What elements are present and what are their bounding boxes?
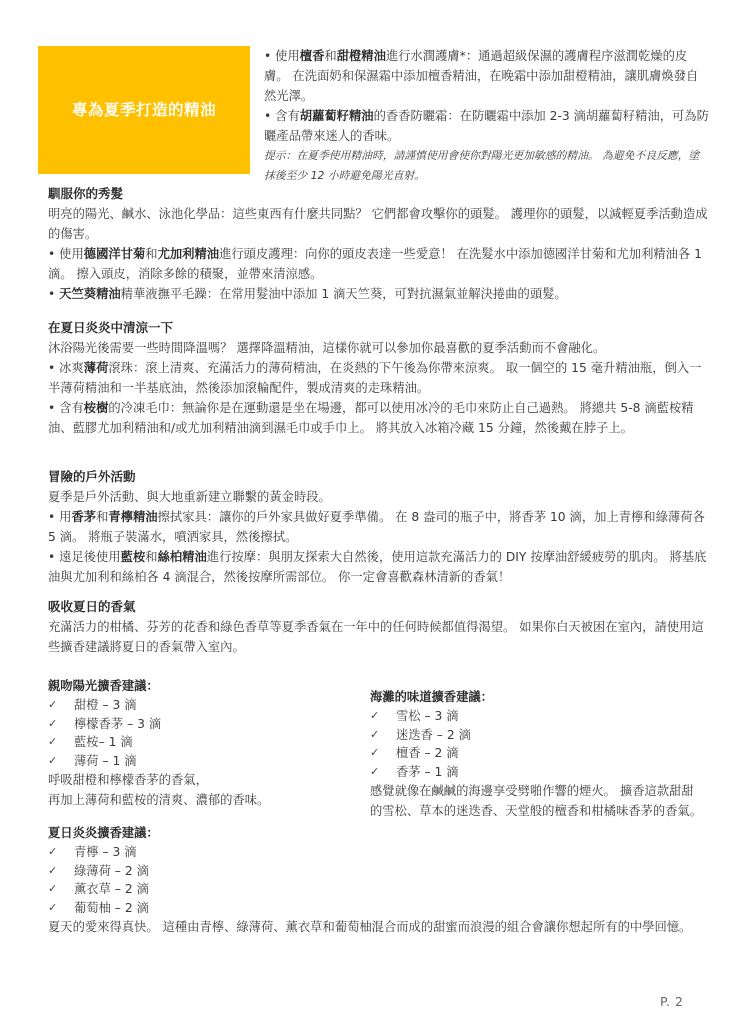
blend-item: ✓藍桉– 1 滴: [48, 733, 358, 752]
blend-title: 親吻陽光擴香建議：: [48, 676, 358, 696]
check-icon: ✓: [370, 707, 396, 726]
oil-name: 香茅: [71, 510, 96, 524]
blend-item-text: 香茅 – 1 滴: [396, 763, 459, 782]
section-outdoors: 冒險的戶外活動 夏季是戶外活動、與大地重新建立聯繫的黃金時段。 • 用香茅和青檸…: [48, 467, 708, 587]
bullet-prefix: • 含有: [48, 401, 84, 415]
blend-item-text: 青檸 – 3 滴: [74, 843, 137, 862]
oil-name: 檀香: [300, 49, 325, 63]
section-title: 在夏日炎炎中清涼一下: [48, 318, 708, 338]
bullet-prefix: • 用: [48, 510, 71, 524]
blend-item: ✓薰衣草 – 2 滴: [48, 880, 708, 899]
connector: 和: [96, 510, 108, 524]
check-icon: ✓: [48, 880, 74, 899]
intro-bullet-2: • 含有胡蘿蔔籽精油的香香防曬霜：在防曬霜中添加 2-3 滴胡蘿蔔籽精油，可為防…: [264, 106, 709, 146]
blend-description-line: 呼吸甜橙和檸檬香茅的香氣，: [48, 770, 358, 790]
section-bullet: • 用香茅和青檸精油擦拭家具：讓你的戶外家具做好夏季準備。 在 8 盎司的瓶子中…: [48, 507, 708, 547]
check-icon: ✓: [370, 763, 396, 782]
bullet-prefix: • 遠足後使用: [48, 550, 121, 564]
oil-name: 德國洋甘菊: [84, 247, 146, 261]
section-scents: 吸收夏日的香氣 充滿活力的柑橘、芬芳的花香和綠色香草等夏季香氣在一年中的任何時候…: [48, 597, 708, 657]
section-bullet: • 遠足後使用藍桉和絲柏精油進行按摩：與朋友探索大自然後，使用這款充滿活力的 D…: [48, 547, 708, 587]
blend-item: ✓葡萄柚 – 2 滴: [48, 899, 708, 918]
blend-item: ✓香茅 – 1 滴: [370, 763, 705, 782]
skin-care-intro: • 使用檀香和甜橙精油進行水潤護膚*：通過超級保濕的護膚程序滋潤乾燥的皮膚。 在…: [264, 46, 709, 186]
oil-name: 薄荷: [84, 361, 109, 375]
bullet-text: 的冷凍毛巾：無論你是在運動還是坐在場邊，都可以使用冰冷的毛巾來防止自己過熱。 將…: [48, 401, 694, 435]
check-icon: ✓: [48, 862, 74, 881]
check-icon: ✓: [48, 715, 74, 734]
blend-item: ✓檸檬香茅 – 3 滴: [48, 715, 358, 734]
oil-name: 青檸精油: [108, 510, 157, 524]
intro-bullet-1: • 使用檀香和甜橙精油進行水潤護膚*：通過超級保濕的護膚程序滋潤乾燥的皮膚。 在…: [264, 46, 709, 106]
oil-name: 胡蘿蔔籽精油: [300, 109, 374, 123]
section-title: 冒險的戶外活動: [48, 467, 708, 487]
blend-item-text: 葡萄柚 – 2 滴: [74, 899, 149, 918]
title-banner: 專為夏季打造的精油: [38, 46, 250, 174]
oil-name: 絲柏精油: [158, 550, 207, 564]
blend-item-text: 綠薄荷 – 2 滴: [74, 862, 149, 881]
connector: 和: [145, 550, 157, 564]
blend-item: ✓綠薄荷 – 2 滴: [48, 862, 708, 881]
section-title: 馴服你的秀髮: [48, 184, 708, 204]
oil-name: 桉樹: [84, 401, 109, 415]
blend-item-text: 藍桉– 1 滴: [74, 733, 133, 752]
tip-note: 提示：在夏季使用精油時，請謹慎使用會使你對陽光更加敏感的精油。 為避免不良反應，…: [264, 146, 709, 186]
blend-item-text: 迷迭香 – 2 滴: [396, 726, 471, 745]
blend-item: ✓甜橙 – 3 滴: [48, 696, 358, 715]
oil-name: 天竺葵精油: [59, 287, 121, 301]
check-icon: ✓: [48, 899, 74, 918]
blend-item-text: 甜橙 – 3 滴: [74, 696, 137, 715]
check-icon: ✓: [48, 752, 74, 771]
blend-title: 夏日炎炎擴香建議：: [48, 823, 708, 843]
section-intro: 充滿活力的柑橘、芬芳的花香和綠色香草等夏季香氣在一年中的任何時候都值得渴望。 如…: [48, 617, 708, 657]
section-bullet: • 使用德國洋甘菊和尤加利精油進行頭皮護理：向你的頭皮表達一些愛意！ 在洗髮水中…: [48, 244, 708, 284]
blend-description: 感覺就像在鹹鹹的海邊享受劈啪作響的煙火。 擴香這款甜甜的雪松、草本的迷迭香、天堂…: [370, 781, 705, 821]
blend-item: ✓青檸 – 3 滴: [48, 843, 708, 862]
bullet-prefix: •: [48, 287, 59, 301]
section-intro: 沐浴陽光後需要一些時間降溫嗎？ 選擇降溫精油，這樣你就可以參加你最喜歡的夏季活動…: [48, 338, 708, 358]
blend-beach: 海灘的味道擴香建議： ✓雪松 – 3 滴 ✓迷迭香 – 2 滴 ✓檀香 – 2 …: [370, 687, 705, 821]
blend-item-text: 薰衣草 – 2 滴: [74, 880, 149, 899]
check-icon: ✓: [48, 733, 74, 752]
section-bullet: • 含有桉樹的冷凍毛巾：無論你是在運動還是坐在場邊，都可以使用冰冷的毛巾來防止自…: [48, 398, 708, 438]
check-icon: ✓: [370, 726, 396, 745]
section-intro: 明亮的陽光、鹹水、泳池化學品：這些東西有什麼共同點？ 它們都會攻擊你的頭髮。 護…: [48, 204, 708, 244]
oil-name: 尤加利精油: [158, 247, 220, 261]
blend-item-text: 薄荷 – 1 滴: [74, 752, 137, 771]
section-bullet: • 冰爽薄荷滾珠：滾上清爽、充滿活力的薄荷精油，在炎熱的下午後為你帶來涼爽。 取…: [48, 358, 708, 398]
blend-item: ✓檀香 – 2 滴: [370, 744, 705, 763]
blend-title: 海灘的味道擴香建議：: [370, 687, 705, 707]
blend-item: ✓薄荷 – 1 滴: [48, 752, 358, 771]
blend-sun-kissed: 親吻陽光擴香建議： ✓甜橙 – 3 滴 ✓檸檬香茅 – 3 滴 ✓藍桉– 1 滴…: [48, 676, 358, 810]
section-intro: 夏季是戶外活動、與大地重新建立聯繫的黃金時段。: [48, 487, 708, 507]
check-icon: ✓: [370, 744, 396, 763]
bullet-prefix: • 冰爽: [48, 361, 84, 375]
check-icon: ✓: [48, 843, 74, 862]
blend-item-text: 檸檬香茅 – 3 滴: [74, 715, 161, 734]
section-bullet: • 天竺葵精油精華液撫平毛躁：在常用髮油中添加 1 滴天竺葵，可對抗濕氣並解決捲…: [48, 284, 708, 304]
blend-summer-heat: 夏日炎炎擴香建議： ✓青檸 – 3 滴 ✓綠薄荷 – 2 滴 ✓薰衣草 – 2 …: [48, 823, 708, 937]
blend-item-text: 雪松 – 3 滴: [396, 707, 459, 726]
bullet-prefix: • 使用: [48, 247, 84, 261]
section-title: 吸收夏日的香氣: [48, 597, 708, 617]
check-icon: ✓: [48, 696, 74, 715]
blend-item: ✓雪松 – 3 滴: [370, 707, 705, 726]
connector: 和: [145, 247, 157, 261]
blend-description-line: 再加上薄荷和藍桉的清爽、濃郁的香味。: [48, 790, 358, 810]
oil-name: 甜橙精油: [337, 49, 386, 63]
bullet-prefix: • 含有: [264, 109, 300, 123]
bullet-prefix: • 使用: [264, 49, 300, 63]
bullet-text: 滾珠：滾上清爽、充滿活力的薄荷精油，在炎熱的下午後為你帶來涼爽。 取一個空的 1…: [48, 361, 701, 395]
section-cool-down: 在夏日炎炎中清涼一下 沐浴陽光後需要一些時間降溫嗎？ 選擇降溫精油，這樣你就可以…: [48, 318, 708, 438]
blend-item: ✓迷迭香 – 2 滴: [370, 726, 705, 745]
banner-title: 專為夏季打造的精油: [72, 100, 216, 120]
blend-item-text: 檀香 – 2 滴: [396, 744, 459, 763]
oil-name: 藍桉: [121, 550, 146, 564]
section-hair: 馴服你的秀髮 明亮的陽光、鹹水、泳池化學品：這些東西有什麼共同點？ 它們都會攻擊…: [48, 184, 708, 304]
connector: 和: [324, 49, 336, 63]
blend-description: 夏天的愛來得真快。 這種由青檸、綠薄荷、薰衣草和葡萄柚混合而成的甜蜜而浪漫的組合…: [48, 917, 708, 937]
bullet-text: 精華液撫平毛躁：在常用髮油中添加 1 滴天竺葵，可對抗濕氣並解決捲曲的頭髮。: [121, 287, 567, 301]
page-number: P. 2: [660, 992, 684, 1012]
